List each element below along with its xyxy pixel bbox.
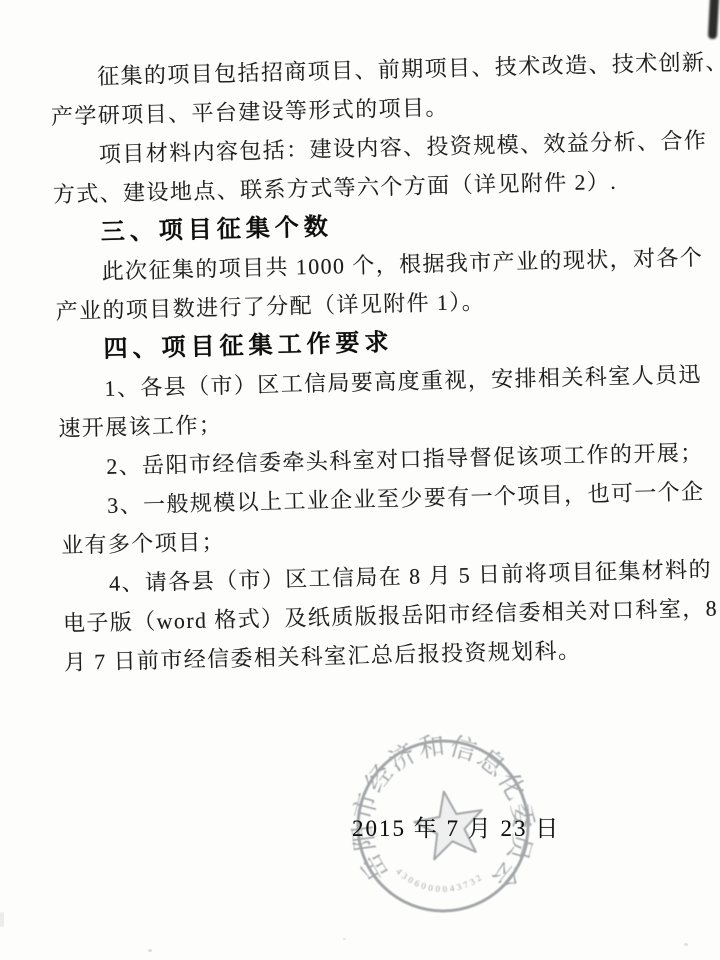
paragraph: 3、一般规模以上工业企业至少要有一个项目，也可一个企业有多个项目； bbox=[60, 472, 707, 565]
scan-speck bbox=[684, 943, 688, 946]
seal-serial-number: 4306000043732 bbox=[394, 866, 486, 894]
scan-speck bbox=[148, 949, 152, 952]
paragraph: 征集的项目包括招商项目、前期项目、技术改造、技术创新、产学研项目、平台建设等形式… bbox=[50, 43, 697, 136]
paragraph: 项目材料内容包括：建设内容、投资规模、效益分析、合作方式、建设地点、联系方式等六… bbox=[52, 121, 699, 214]
svg-text:4306000043732: 4306000043732 bbox=[394, 866, 486, 894]
paragraph: 4、请各县（市）区工信局在 8 月 5 日前将项目征集材料的电子版（word 格… bbox=[62, 550, 710, 682]
paragraph: 此次征集的项目共 1000 个，根据我市产业的现状，对各个产业的项目数进行了分配… bbox=[54, 238, 701, 331]
scan-artifact-corner bbox=[708, 0, 719, 39]
paragraph: 1、各县（市）区工信局要高度重视，安排相关科室人员迅速开展该工作； bbox=[57, 355, 704, 448]
scan-speck bbox=[343, 938, 346, 940]
scanned-document-page: 征集的项目包括招商项目、前期项目、技术改造、技术创新、产学研项目、平台建设等形式… bbox=[0, 0, 720, 960]
issue-date: 2015 年 7 月 23 日 bbox=[352, 810, 560, 843]
document-body: 征集的项目包括招商项目、前期项目、技术改造、技术创新、产学研项目、平台建设等形式… bbox=[50, 43, 710, 682]
scan-speck bbox=[0, 912, 4, 927]
